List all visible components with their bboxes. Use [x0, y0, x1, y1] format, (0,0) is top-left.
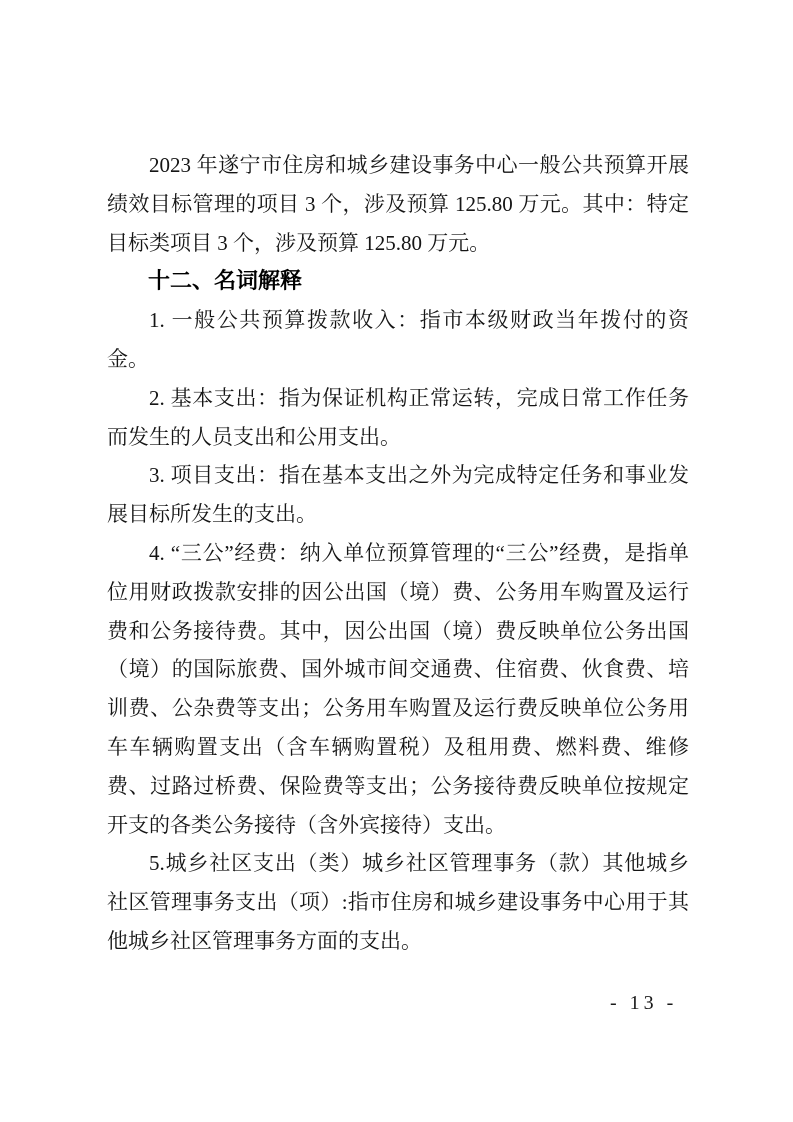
definition-item-2: 2. 基本支出：指为保证机构正常运转，完成日常工作任务而发生的人员支出和公用支出… [107, 379, 689, 457]
paragraph-intro: 2023 年遂宁市住房和城乡建设事务中心一般公共预算开展绩效目标管理的项目 3 … [107, 146, 689, 262]
section-heading: 十二、名词解释 [107, 262, 689, 301]
definition-item-5: 5.城乡社区支出（类）城乡社区管理事务（款）其他城乡社区管理事务支出（项）:指市… [107, 844, 689, 960]
definition-item-4: 4. “三公”经费：纳入单位预算管理的“三公”经费，是指单位用财政拨款安排的因公… [107, 534, 689, 844]
document-page: 2023 年遂宁市住房和城乡建设事务中心一般公共预算开展绩效目标管理的项目 3 … [0, 0, 793, 1122]
document-body: 2023 年遂宁市住房和城乡建设事务中心一般公共预算开展绩效目标管理的项目 3 … [107, 146, 689, 961]
definition-item-1: 1. 一般公共预算拨款收入：指市本级财政当年拨付的资金。 [107, 301, 689, 379]
page-number: - 13 - [610, 992, 677, 1015]
definition-item-3: 3. 项目支出：指在基本支出之外为完成特定任务和事业发展目标所发生的支出。 [107, 456, 689, 534]
